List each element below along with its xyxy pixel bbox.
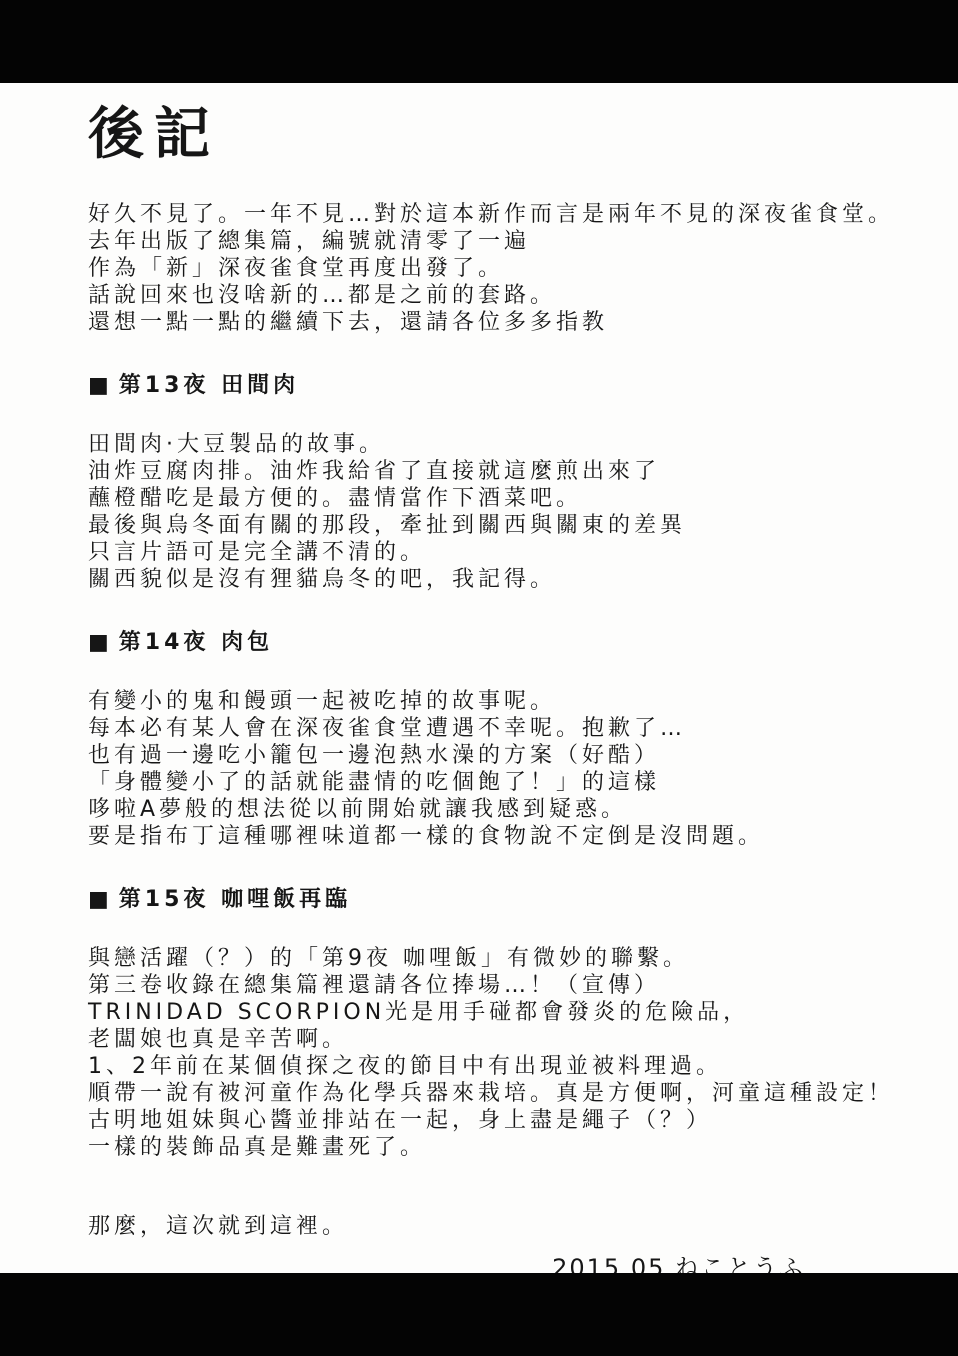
text-line: 油炸豆腐肉排。油炸我給省了直接就這麼煎出來了	[88, 458, 930, 485]
text-line: 老闆娘也真是辛苦啊。	[88, 1026, 930, 1053]
text-line: 也有過一邊吃小籠包一邊泡熱水澡的方案（好酷）	[88, 742, 930, 769]
page-title: 後記	[88, 103, 930, 167]
closing-line: 那麼，這次就到這裡。	[88, 1213, 930, 1240]
black-square-marker: ■	[88, 629, 113, 656]
text-line: 每本必有某人會在深夜雀食堂遭遇不幸呢。抱歉了…	[88, 715, 930, 742]
section: ■第13夜 田間肉 田間肉·大豆製品的故事。油炸豆腐肉排。油炸我給省了直接就這麼…	[88, 372, 930, 593]
text-line: 第三卷收錄在總集篇裡還請各位捧場…！（宣傳）	[88, 972, 930, 999]
text-line: 一樣的裝飾品真是難畫死了。	[88, 1134, 930, 1161]
section-heading: ■第15夜 咖哩飯再臨	[88, 886, 930, 913]
section-paragraph: 有變小的鬼和饅頭一起被吃掉的故事呢。每本必有某人會在深夜雀食堂遭遇不幸呢。抱歉了…	[88, 688, 930, 850]
text-line: 最後與烏冬面有關的那段，牽扯到關西與關東的差異	[88, 512, 930, 539]
text-line: 蘸橙醋吃是最方便的。盡情當作下酒菜吧。	[88, 485, 930, 512]
scan-border-bottom	[0, 1273, 958, 1356]
section: ■第14夜 肉包 有變小的鬼和饅頭一起被吃掉的故事呢。每本必有某人會在深夜雀食堂…	[88, 629, 930, 850]
text-line: 田間肉·大豆製品的故事。	[88, 431, 930, 458]
scan-border-top	[0, 0, 958, 83]
section-paragraph: 與戀活躍（？）的「第9夜 咖哩飯」有微妙的聯繫。第三卷收錄在總集篇裡還請各位捧場…	[88, 945, 930, 1161]
intro-paragraph: 好久不見了。一年不見…對於這本新作而言是兩年不見的深夜雀食堂。去年出版了總集篇，…	[88, 201, 930, 336]
section-heading: ■第13夜 田間肉	[88, 372, 930, 399]
section-heading-text: 第14夜 肉包	[119, 630, 273, 655]
scanned-afterword-page: 後記 好久不見了。一年不見…對於這本新作而言是兩年不見的深夜雀食堂。去年出版了總…	[0, 0, 958, 1356]
text-line: 去年出版了總集篇，編號就清零了一遍	[88, 228, 930, 255]
sections-container: ■第13夜 田間肉 田間肉·大豆製品的故事。油炸豆腐肉排。油炸我給省了直接就這麼…	[88, 372, 930, 1161]
text-line: 有變小的鬼和饅頭一起被吃掉的故事呢。	[88, 688, 930, 715]
text-line: 好久不見了。一年不見…對於這本新作而言是兩年不見的深夜雀食堂。	[88, 201, 930, 228]
text-line: 「身體變小了的話就能盡情的吃個飽了！」的這樣	[88, 769, 930, 796]
text-line: 古明地姐妹與心醬並排站在一起，身上盡是繩子（？）	[88, 1107, 930, 1134]
section: ■第15夜 咖哩飯再臨 與戀活躍（？）的「第9夜 咖哩飯」有微妙的聯繫。第三卷收…	[88, 886, 930, 1161]
black-square-marker: ■	[88, 886, 113, 913]
section-paragraph: 田間肉·大豆製品的故事。油炸豆腐肉排。油炸我給省了直接就這麼煎出來了蘸橙醋吃是最…	[88, 431, 930, 593]
text-line: 只言片語可是完全講不清的。	[88, 539, 930, 566]
black-square-marker: ■	[88, 372, 113, 399]
text-line: 哆啦A夢般的想法從以前開始就讓我感到疑惑。	[88, 796, 930, 823]
section-heading-text: 第15夜 咖哩飯再臨	[119, 887, 351, 912]
section-heading-text: 第13夜 田間肉	[119, 373, 299, 398]
text-line: TRINIDAD SCORPION光是用手碰都會發炎的危險品，	[88, 999, 930, 1026]
text-line: 1、2年前在某個偵探之夜的節目中有出現並被料理過。	[88, 1053, 930, 1080]
text-line: 關西貌似是沒有狸貓烏冬的吧，我記得。	[88, 566, 930, 593]
page-content: 後記 好久不見了。一年不見…對於這本新作而言是兩年不見的深夜雀食堂。去年出版了總…	[0, 83, 958, 1273]
text-line: 要是指布丁這種哪裡味道都一樣的食物說不定倒是沒問題。	[88, 823, 930, 850]
text-line: 作為「新」深夜雀食堂再度出發了。	[88, 255, 930, 282]
section-heading: ■第14夜 肉包	[88, 629, 930, 656]
text-line: 還想一點一點的繼續下去，還請各位多多指教	[88, 309, 930, 336]
text-line: 話說回來也沒啥新的…都是之前的套路。	[88, 282, 930, 309]
text-line: 與戀活躍（？）的「第9夜 咖哩飯」有微妙的聯繫。	[88, 945, 930, 972]
text-line: 順帶一說有被河童作為化學兵器來栽培。真是方便啊，河童這種設定！	[88, 1080, 930, 1107]
